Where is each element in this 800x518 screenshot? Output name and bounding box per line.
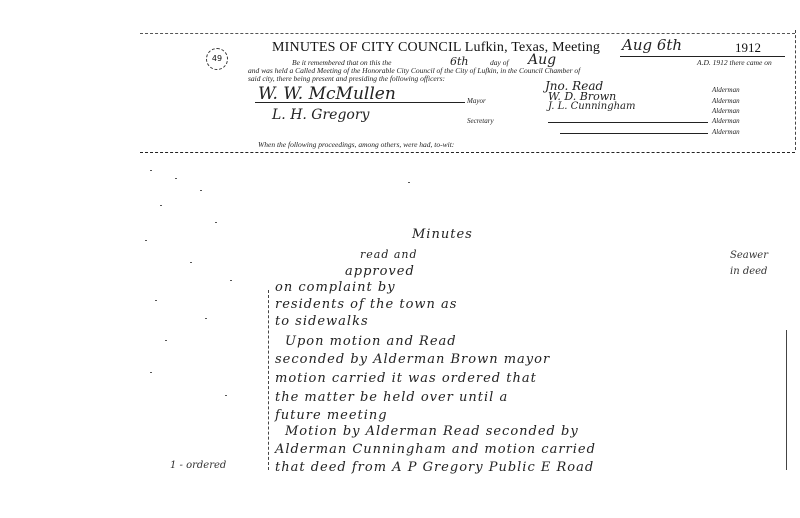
alderman-3-label: Alderman <box>712 107 740 115</box>
scan-noise <box>225 395 227 396</box>
scan-noise <box>408 182 410 183</box>
scan-noise <box>160 205 162 206</box>
body-line: motion carried it was ordered that <box>275 371 537 386</box>
body-line: residents of the town as <box>275 297 457 312</box>
body-line: read and <box>360 248 418 261</box>
alderman-1-label: Alderman <box>712 86 740 94</box>
right-margin-note: in deed <box>730 266 767 277</box>
scan-noise <box>205 318 207 319</box>
title-main: MINUTES OF CITY COUNCIL <box>272 40 461 55</box>
alderman-4-line <box>548 122 708 123</box>
right-border <box>795 30 796 150</box>
scan-noise <box>165 340 167 341</box>
body-line: on complaint by <box>275 280 396 295</box>
proceedings-intro: When the following proceedings, among ot… <box>258 140 454 149</box>
header-divider <box>140 152 795 153</box>
mayor-label: Mayor <box>467 97 486 105</box>
body-line: Minutes <box>412 227 473 242</box>
mayor-signature: W. W. McMullen <box>258 84 396 104</box>
scan-noise <box>155 300 157 301</box>
alderman-2-label: Alderman <box>712 97 740 105</box>
secretary-signature: L. H. Gregory <box>272 107 369 123</box>
body-line: approved <box>345 264 415 279</box>
body-line: the matter be held over until a <box>275 390 508 405</box>
top-border <box>140 33 795 34</box>
scan-noise <box>230 280 232 281</box>
preamble-line3: said city, there being present and presi… <box>248 74 445 83</box>
preamble-line1-end: A.D. 1912 there came on <box>697 58 772 67</box>
date-underline <box>620 56 785 57</box>
scan-noise <box>200 190 202 191</box>
left-margin-note: 1 - ordered <box>170 460 226 471</box>
page-number-stamp: 49 <box>206 48 228 70</box>
scan-noise <box>150 372 152 373</box>
body-left-rule <box>268 290 269 470</box>
meeting-date-hand: Aug 6th <box>622 36 682 54</box>
scan-noise <box>150 170 152 171</box>
alderman-5-label: Alderman <box>712 128 740 136</box>
body-line: Upon motion and Read <box>285 334 457 349</box>
body-line: that deed from A P Gregory Public E Road <box>275 460 594 475</box>
scan-noise <box>175 178 177 179</box>
body-line: seconded by Alderman Brown mayor <box>275 352 550 367</box>
document-page: 49 MINUTES OF CITY COUNCIL Lufkin, Texas… <box>0 0 800 518</box>
scan-noise <box>190 262 192 263</box>
alderman-5-line <box>560 133 708 134</box>
alderman-4-label: Alderman <box>712 117 740 125</box>
secretary-label: Secretary <box>467 117 494 125</box>
right-margin-note: Seawer <box>730 250 768 261</box>
mayor-line <box>255 102 465 103</box>
alderman-3-signature: J. L. Cunningham <box>548 101 636 112</box>
meeting-year: 1912 <box>735 40 761 56</box>
body-line: future meeting <box>275 408 388 423</box>
body-line: to sidewalks <box>275 314 369 329</box>
scan-noise <box>145 240 147 241</box>
body-line: Alderman Cunningham and motion carried <box>275 442 596 457</box>
body-line: Motion by Alderman Read seconded by <box>285 424 579 439</box>
scan-noise <box>215 222 217 223</box>
body-right-rule <box>786 330 787 470</box>
